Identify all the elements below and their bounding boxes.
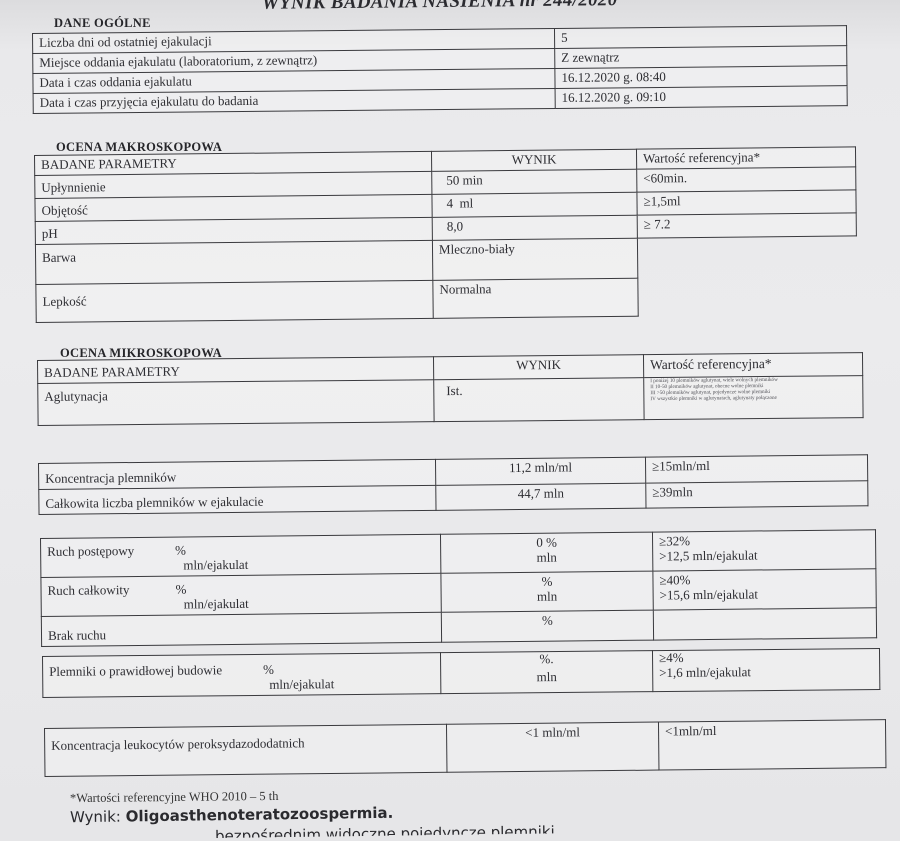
param-unit-percent: % bbox=[175, 542, 186, 557]
general-value: Z zewnątrz bbox=[555, 46, 847, 69]
param-label: Ruch całkowity bbox=[47, 578, 175, 598]
partial-note-line: …bezpośrednim widoczne pojedyncze plemni… bbox=[200, 823, 555, 841]
reference-cell: ≥15mln/ml bbox=[645, 455, 867, 483]
result-cell: Mleczno-biały bbox=[432, 238, 637, 280]
micro-table: BADANE PARAMETRY WYNIK Wartość referency… bbox=[37, 352, 864, 426]
reference-cell: <60min. bbox=[637, 167, 856, 192]
result-cell: 4 ml bbox=[432, 192, 637, 217]
param-cell: Barwa bbox=[35, 240, 432, 284]
empty-cell bbox=[637, 236, 856, 278]
result-cell: Normalna bbox=[433, 278, 638, 318]
result-cell: 0 % mln bbox=[440, 532, 652, 573]
table-row: Plemniki o prawidłowej budowie% mln/ejak… bbox=[43, 648, 880, 697]
result-cell: 44,7 mln bbox=[436, 483, 646, 510]
reference-cell: ≥ 7.2 bbox=[637, 213, 856, 238]
result-mln: mln bbox=[447, 669, 646, 686]
morphology-table: Plemniki o prawidłowej budowie% mln/ejak… bbox=[42, 648, 880, 698]
result-summary-label: Wynik: bbox=[70, 808, 121, 827]
reference-cell: <1mln/ml bbox=[658, 720, 885, 770]
macro-block: BADANE PARAMETRY WYNIK Wartość referency… bbox=[34, 146, 858, 322]
param-cell: Ruch postępowy% mln/ejakulat bbox=[41, 534, 441, 577]
param-cell: Aglutynacja bbox=[38, 380, 434, 426]
leukocytes-table: Koncentracja leukocytów peroksydazododat… bbox=[44, 719, 886, 777]
param-unit-percent: % bbox=[263, 662, 274, 677]
result-cell: % bbox=[441, 610, 653, 642]
result-summary: Wynik: Oligoasthenoteratozoospermia. bbox=[70, 804, 394, 827]
param-cell: Ruch całkowity% mln/ejakulat bbox=[41, 573, 441, 616]
reference-mln: >12,5 mln/ejakulat bbox=[659, 547, 869, 564]
result-cell: 8,0 bbox=[432, 215, 637, 240]
general-label: Data i czas przyjęcia ejakulatu do badan… bbox=[33, 88, 555, 113]
result-mln: mln bbox=[448, 588, 647, 605]
result-cell: % mln bbox=[441, 571, 653, 612]
col-header-result: WYNIK bbox=[431, 149, 636, 171]
general-value: 5 bbox=[554, 26, 846, 49]
table-row: Koncentracja leukocytów peroksydazododat… bbox=[45, 720, 886, 777]
result-cell: %. mln bbox=[440, 651, 652, 694]
col-header-result: WYNIK bbox=[433, 355, 643, 380]
param-cell: Lepkość bbox=[36, 280, 433, 322]
result-percent: % bbox=[448, 612, 647, 629]
agglutination-grade-4: IV wszystkie plemniki w aglutynatach, ag… bbox=[650, 395, 856, 403]
reference-cell bbox=[653, 607, 876, 639]
general-value: 16.12.2020 g. 09:10 bbox=[555, 85, 847, 108]
reference-mln: >15,6 mln/ejakulat bbox=[660, 586, 870, 603]
reference-mln: >1,6 mln/ejakulat bbox=[659, 664, 873, 681]
macro-table: BADANE PARAMETRY WYNIK Wartość referency… bbox=[34, 146, 858, 322]
col-header-reference: Wartość referencyjna* bbox=[636, 147, 855, 169]
concentration-table: Koncentracja plemników 11,2 mln/ml ≥15ml… bbox=[38, 454, 868, 515]
param-label: Ruch postępowy bbox=[47, 540, 175, 560]
param-label: Plemniki o prawidłowej budowie bbox=[49, 663, 263, 680]
param-cell: Koncentracja leukocytów peroksydazododat… bbox=[45, 724, 447, 776]
document-page: WYNIK BADANIA NASIENIA nr 244/2020 DANE … bbox=[0, 0, 900, 841]
result-percent: %. bbox=[447, 651, 646, 668]
result-cell: 11,2 mln/ml bbox=[435, 457, 645, 485]
table-row: Lepkość Normalna bbox=[36, 276, 857, 323]
table-row: Aglutynacja Ist. I poniżej 10 plemników … bbox=[38, 376, 863, 426]
general-value: 16.12.2020 g. 08:40 bbox=[555, 66, 847, 89]
reference-cell: ≥4% >1,6 mln/ejakulat bbox=[652, 648, 879, 691]
section-heading-general: DANE OGÓLNE bbox=[54, 16, 151, 31]
result-cell: <1 mln/ml bbox=[446, 722, 658, 772]
result-summary-value: Oligoasthenoteratozoospermia. bbox=[126, 804, 394, 826]
general-table: Liczba dni od ostatniej ejakulacji 5 Mie… bbox=[32, 25, 848, 114]
result-mln: mln bbox=[447, 550, 646, 567]
col-header-reference: Wartość referencyjna* bbox=[643, 353, 862, 378]
reference-cell: ≥32% >12,5 mln/ejakulat bbox=[652, 530, 875, 571]
reference-footnote: *Wartości referencyjne WHO 2010 – 5 th bbox=[70, 789, 279, 806]
result-cell: Ist. bbox=[434, 378, 644, 422]
reference-cell: ≥1,5ml bbox=[637, 190, 856, 215]
param-label: Brak ruchu bbox=[48, 627, 106, 643]
param-cell: Plemniki o prawidłowej budowie% mln/ejak… bbox=[43, 653, 441, 698]
agglutination-reference-cell: I poniżej 10 plemników aglutynat, wiele … bbox=[644, 376, 863, 420]
result-cell: 50 min bbox=[432, 169, 637, 194]
motility-table: Ruch postępowy% mln/ejakulat 0 % mln ≥32… bbox=[40, 529, 877, 646]
reference-cell: ≥40% >15,6 mln/ejakulat bbox=[653, 569, 876, 610]
reference-cell: ≥39mln bbox=[646, 481, 868, 508]
param-cell: Całkowita liczba plemników w ejakulacie bbox=[39, 485, 436, 514]
empty-cell bbox=[638, 276, 857, 316]
param-cell: Brak ruchu bbox=[41, 612, 441, 646]
document-title: WYNIK BADANIA NASIENIA nr 244/2020 bbox=[262, 0, 618, 15]
param-unit-percent: % bbox=[175, 581, 186, 596]
